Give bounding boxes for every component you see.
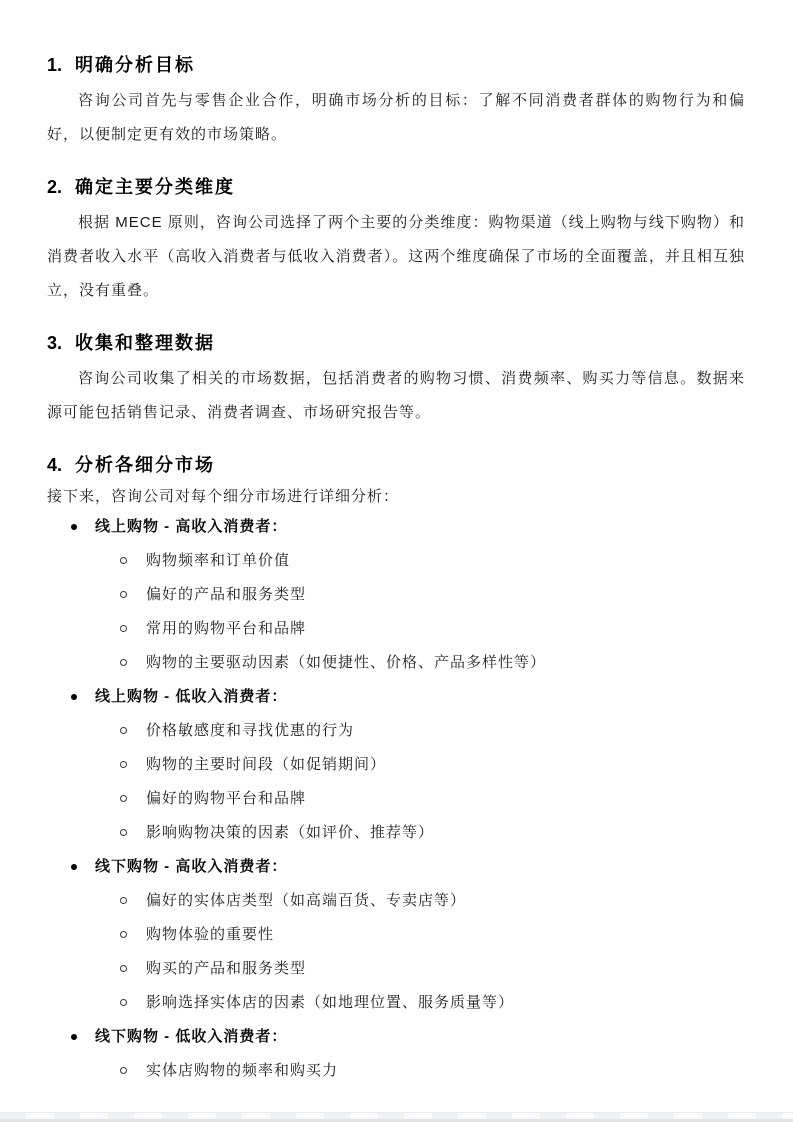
page-bottom-band	[0, 1112, 793, 1122]
circle-bullet-icon	[120, 931, 127, 938]
list-item: 偏好的实体店类型（如高端百货、专卖店等）	[47, 884, 745, 918]
sub-item-text: 价格敏感度和寻找优惠的行为	[146, 722, 354, 739]
body-paragraph: 咨询公司收集了相关的市场数据，包括消费者的购物习惯、消费频率、购买力等信息。数据…	[47, 362, 745, 430]
section-intro-paragraph: 接下来，咨询公司对每个细分市场进行详细分析：	[47, 480, 745, 514]
section-heading-2: 2. 确定主要分类维度	[47, 174, 745, 200]
circle-bullet-icon	[120, 795, 127, 802]
bullet-label: 线下购物 - 高收入消费者：	[95, 858, 287, 875]
sub-item-text: 购物的主要时间段（如促销期间）	[146, 756, 386, 773]
circle-bullet-icon	[120, 625, 127, 632]
sub-item-text: 购物体验的重要性	[146, 926, 274, 943]
list-item: 偏好的购物平台和品牌	[47, 782, 745, 816]
sub-item-text: 偏好的产品和服务类型	[146, 586, 306, 603]
circle-bullet-icon	[120, 591, 127, 598]
bullet-dot-icon	[71, 864, 77, 870]
sub-item-text: 影响选择实体店的因素（如地理位置、服务质量等）	[146, 994, 514, 1011]
sub-item-text: 偏好的购物平台和品牌	[146, 790, 306, 807]
sub-item-text: 常用的购物平台和品牌	[146, 620, 306, 637]
section-heading-1: 1. 明确分析目标	[47, 52, 745, 78]
circle-bullet-icon	[120, 897, 127, 904]
bullet-label: 线上购物 - 高收入消费者：	[95, 518, 287, 535]
body-paragraph: 咨询公司首先与零售企业合作，明确市场分析的目标：了解不同消费者群体的购物行为和偏…	[47, 84, 745, 152]
list-item: 线上购物 - 高收入消费者：	[47, 510, 745, 544]
section-number: 4.	[47, 452, 62, 478]
body-paragraph: 根据 MECE 原则，咨询公司选择了两个主要的分类维度：购物渠道（线上购物与线下…	[47, 206, 745, 308]
circle-bullet-icon	[120, 557, 127, 564]
list-item: 线上购物 - 低收入消费者：	[47, 680, 745, 714]
list-item: 购买的产品和服务类型	[47, 952, 745, 986]
circle-bullet-icon	[120, 761, 127, 768]
section-number: 3.	[47, 330, 62, 356]
sub-item-text: 购买的产品和服务类型	[146, 960, 306, 977]
bullet-label: 线下购物 - 低收入消费者：	[95, 1028, 287, 1045]
list-item: 购物的主要驱动因素（如便捷性、价格、产品多样性等）	[47, 646, 745, 680]
list-item: 购物的主要时间段（如促销期间）	[47, 748, 745, 782]
sub-item-text: 购物的主要驱动因素（如便捷性、价格、产品多样性等）	[146, 654, 546, 671]
list-item: 购物体验的重要性	[47, 918, 745, 952]
list-item: 线下购物 - 低收入消费者：	[47, 1020, 745, 1054]
sub-item-text: 实体店购物的频率和购买力	[146, 1062, 338, 1079]
section-heading-4: 4. 分析各细分市场	[47, 452, 745, 478]
section-number: 2.	[47, 174, 62, 200]
bullet-label: 线上购物 - 低收入消费者：	[95, 688, 287, 705]
section-title: 收集和整理数据	[75, 330, 215, 356]
circle-bullet-icon	[120, 829, 127, 836]
bullet-dot-icon	[71, 694, 77, 700]
sub-item-text: 购物频率和订单价值	[146, 552, 290, 569]
sub-item-text: 影响购物决策的因素（如评价、推荐等）	[146, 824, 434, 841]
list-item: 影响购物决策的因素（如评价、推荐等）	[47, 816, 745, 850]
circle-bullet-icon	[120, 999, 127, 1006]
sub-item-text: 偏好的实体店类型（如高端百货、专卖店等）	[146, 892, 466, 909]
circle-bullet-icon	[120, 965, 127, 972]
bullet-dot-icon	[71, 1034, 77, 1040]
list-item: 影响选择实体店的因素（如地理位置、服务质量等）	[47, 986, 745, 1020]
circle-bullet-icon	[120, 727, 127, 734]
circle-bullet-icon	[120, 659, 127, 666]
document-page: 1. 明确分析目标 咨询公司首先与零售企业合作，明确市场分析的目标：了解不同消费…	[0, 0, 793, 1122]
analysis-bullet-list: 线上购物 - 高收入消费者： 购物频率和订单价值 偏好的产品和服务类型 常用的购…	[47, 510, 745, 1088]
circle-bullet-icon	[120, 1067, 127, 1074]
list-item: 价格敏感度和寻找优惠的行为	[47, 714, 745, 748]
list-item: 购物频率和订单价值	[47, 544, 745, 578]
section-number: 1.	[47, 52, 62, 78]
list-item: 线下购物 - 高收入消费者：	[47, 850, 745, 884]
bullet-dot-icon	[71, 524, 77, 530]
section-heading-3: 3. 收集和整理数据	[47, 330, 745, 356]
section-title: 确定主要分类维度	[75, 174, 235, 200]
section-title: 明确分析目标	[75, 52, 195, 78]
list-item: 偏好的产品和服务类型	[47, 578, 745, 612]
list-item: 常用的购物平台和品牌	[47, 612, 745, 646]
section-title: 分析各细分市场	[75, 452, 215, 478]
list-item: 实体店购物的频率和购买力	[47, 1054, 745, 1088]
